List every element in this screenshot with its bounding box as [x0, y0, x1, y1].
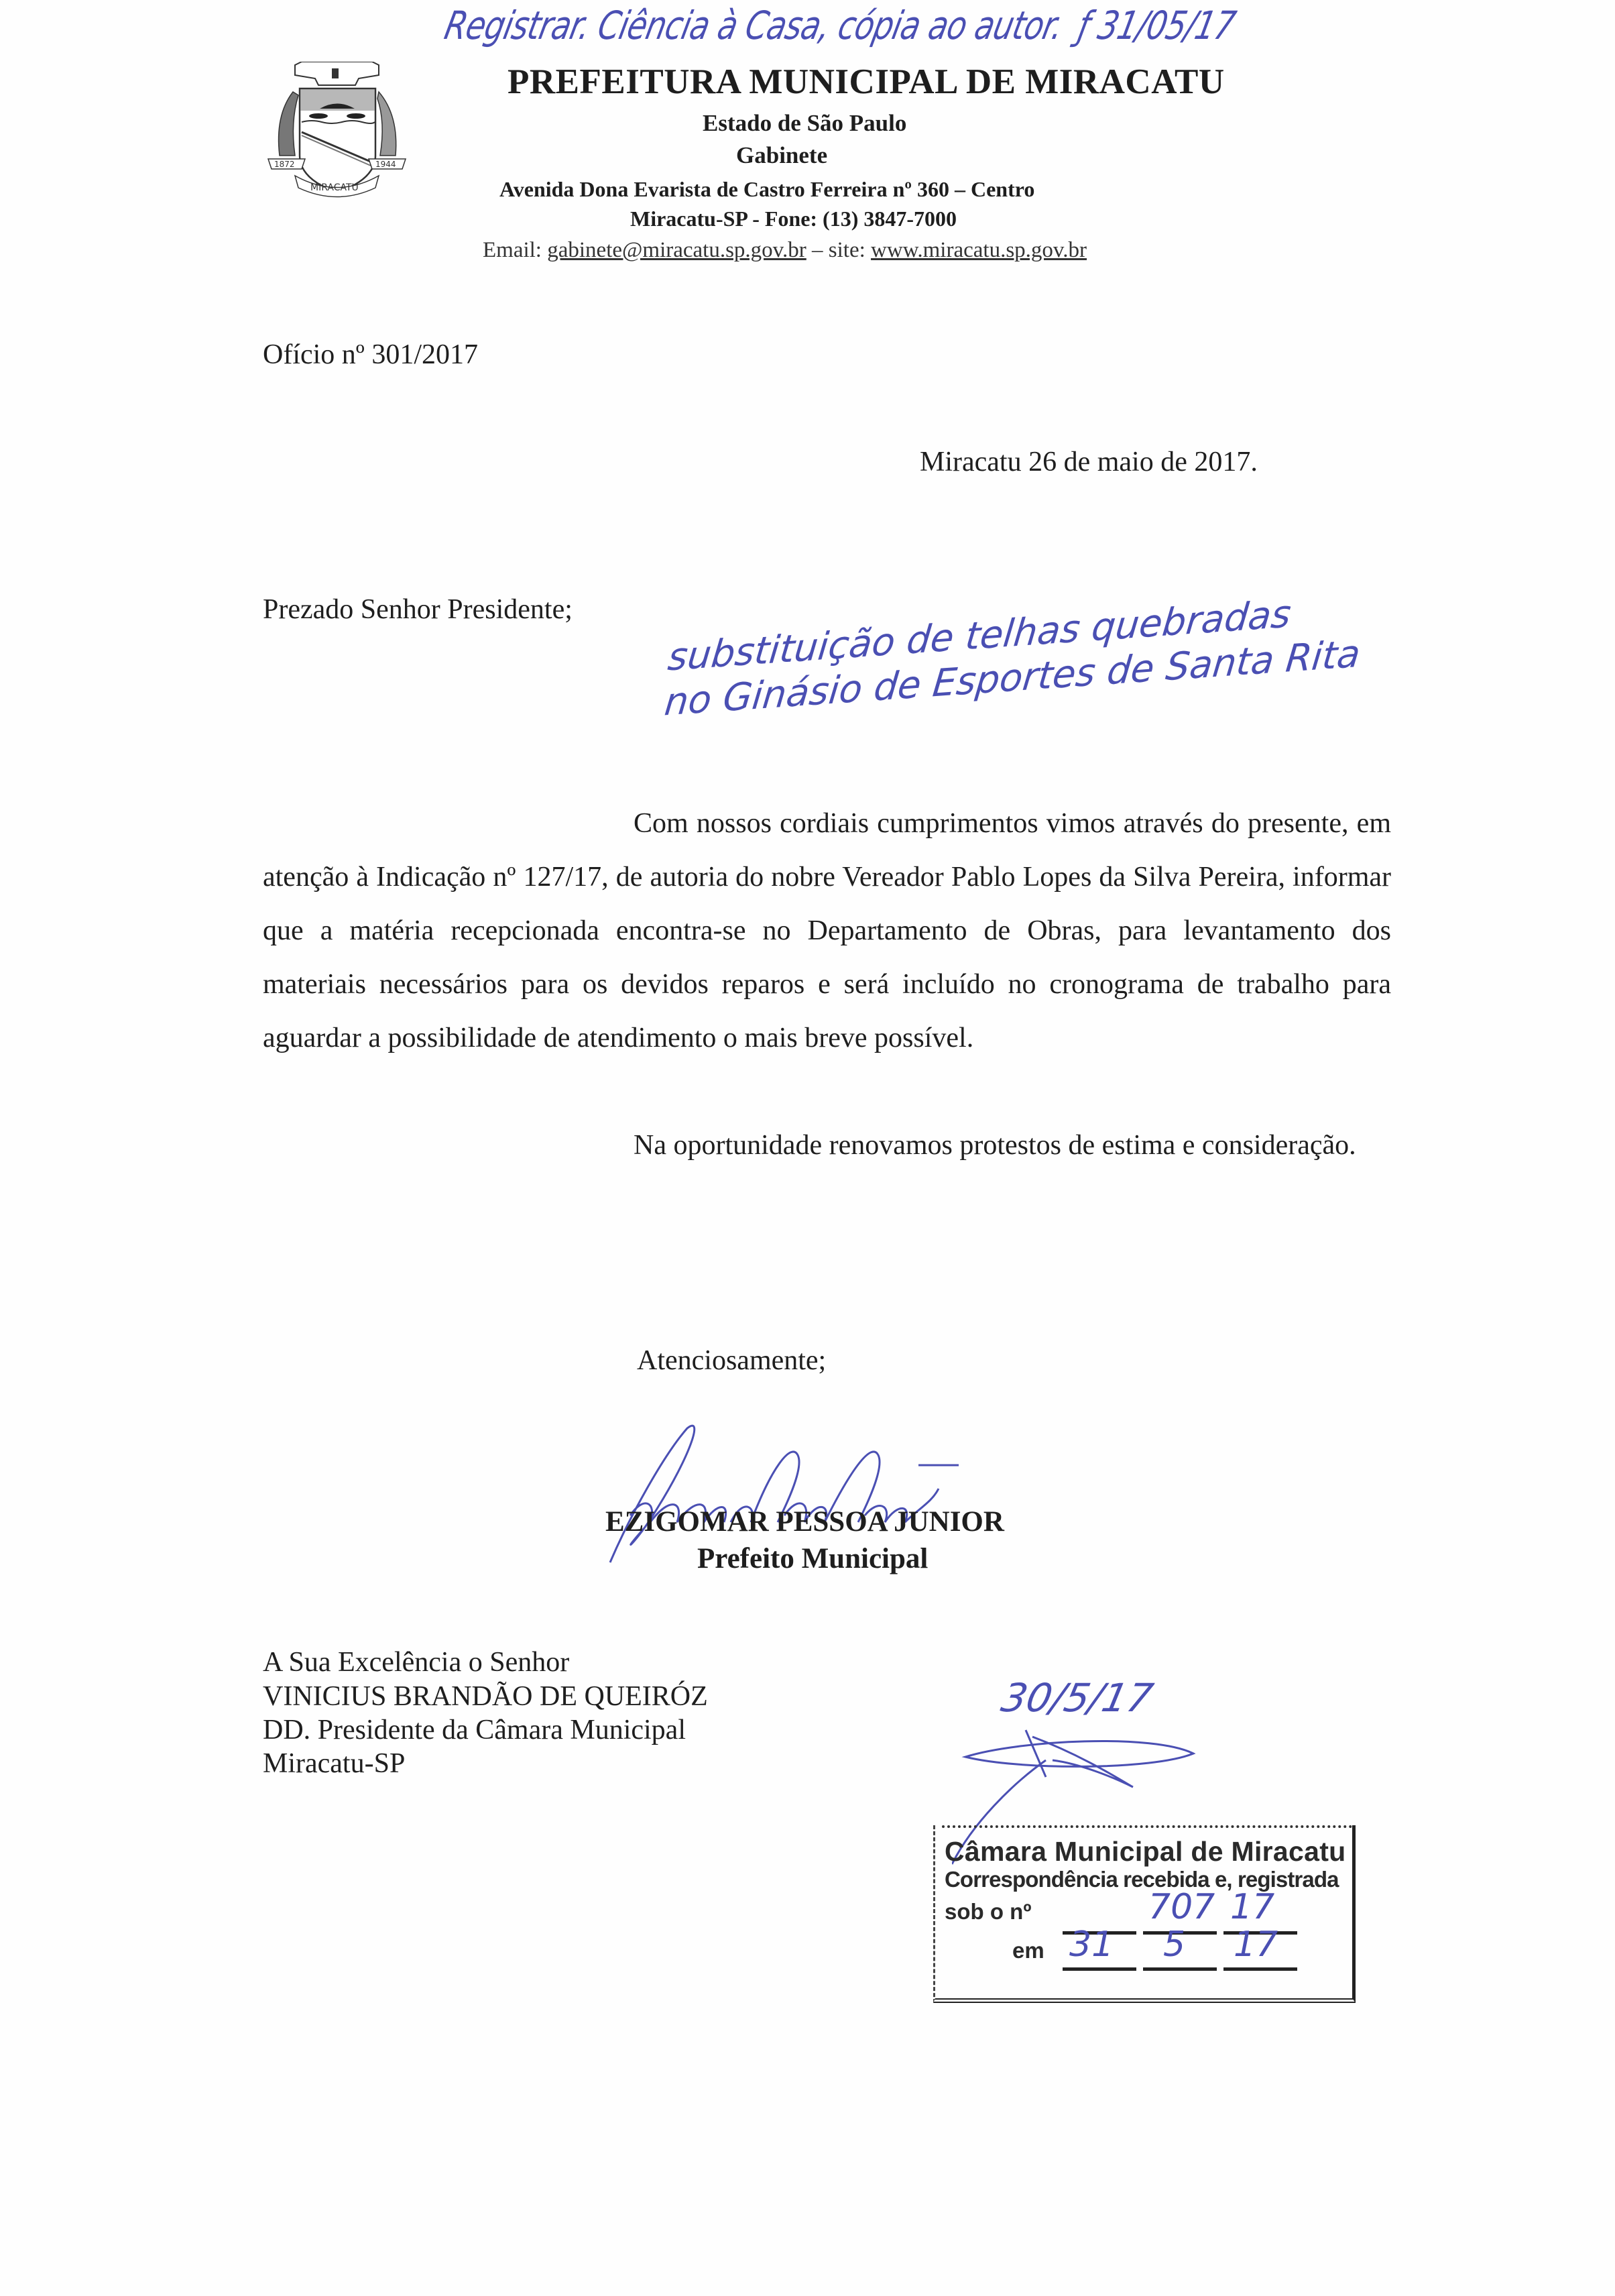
signer-role: Prefeito Municipal	[697, 1542, 928, 1575]
letter-paragraph-closing: Na oportunidade renovamos protestos de e…	[263, 1118, 1391, 1172]
letterhead-city-phone: Miracatu-SP - Fone: (13) 3847-7000	[630, 207, 957, 231]
addressee-line: A Sua Excelência o Senhor	[263, 1646, 569, 1678]
letterhead-address: Avenida Dona Evarista de Castro Ferreira…	[499, 177, 1034, 202]
stamp-date-day: 31	[1069, 1925, 1114, 1965]
municipal-coat-of-arms-icon: 1872 1944 MIRACATU	[265, 62, 409, 206]
crest-banner-text: MIRACATU	[310, 182, 359, 193]
email-link[interactable]: gabinete@miracatu.sp.gov.br	[547, 238, 806, 262]
stamp-top-border	[942, 1825, 1352, 1828]
annotation-text: Registrar. Ciência à Casa, cópia ao auto…	[441, 3, 1067, 48]
website-link[interactable]: www.miracatu.sp.gov.br	[871, 238, 1087, 262]
stamp-date-year: 17	[1234, 1925, 1278, 1965]
letter-date: Miracatu 26 de maio de 2017.	[920, 446, 1258, 478]
stamp-date-label: em	[1012, 1938, 1044, 1963]
annotation-date: 31/05/17	[1094, 3, 1239, 48]
site-label: – site:	[812, 238, 865, 262]
letter-salutation: Prezado Senhor Presidente;	[263, 593, 573, 626]
stamp-date-month: 5	[1163, 1925, 1185, 1965]
stamp-number-value: 707	[1148, 1887, 1215, 1927]
addressee-name: VINICIUS BRANDÃO DE QUEIRÓZ	[263, 1680, 708, 1713]
signer-name: EZIGOMAR PESSOA JUNIOR	[605, 1505, 1004, 1538]
letterhead-department: Gabinete	[736, 142, 827, 169]
annotation-initials: ƒ	[1074, 3, 1094, 48]
stamp-institution: Câmara Municipal de Miracatu	[945, 1836, 1346, 1868]
letterhead-state: Estado de São Paulo	[703, 110, 906, 137]
email-label: Email:	[483, 238, 542, 262]
letter-reference-number: Ofício nº 301/2017	[263, 339, 478, 371]
letterhead-title: PREFEITURA MUNICIPAL DE MIRACATU	[507, 62, 1225, 102]
stamp-number-year: 17	[1230, 1887, 1274, 1927]
handwritten-dispatch-annotation: Registrar. Ciência à Casa, cópia ao auto…	[441, 3, 1240, 48]
stamp-registration-text: Correspondência recebida e, registrada	[945, 1867, 1339, 1892]
handwritten-receipt-date: 30/5/17	[998, 1675, 1157, 1721]
letter-paragraph-main: Com nossos cordiais cumprimentos vimos a…	[263, 797, 1391, 1065]
addressee-city: Miracatu-SP	[263, 1747, 405, 1780]
letterhead-contact: Email: gabinete@miracatu.sp.gov.br – sit…	[483, 238, 1087, 263]
crest-year-emancipation: 1944	[375, 160, 396, 169]
addressee-title: DD. Presidente da Câmara Municipal	[263, 1714, 686, 1746]
letter-closing: Atenciosamente;	[637, 1344, 826, 1377]
stamp-number-label: sob o nº	[945, 1899, 1031, 1925]
crest-year-founded: 1872	[274, 160, 295, 169]
receipt-stamp: Câmara Municipal de Miracatu Correspondê…	[933, 1825, 1356, 2003]
